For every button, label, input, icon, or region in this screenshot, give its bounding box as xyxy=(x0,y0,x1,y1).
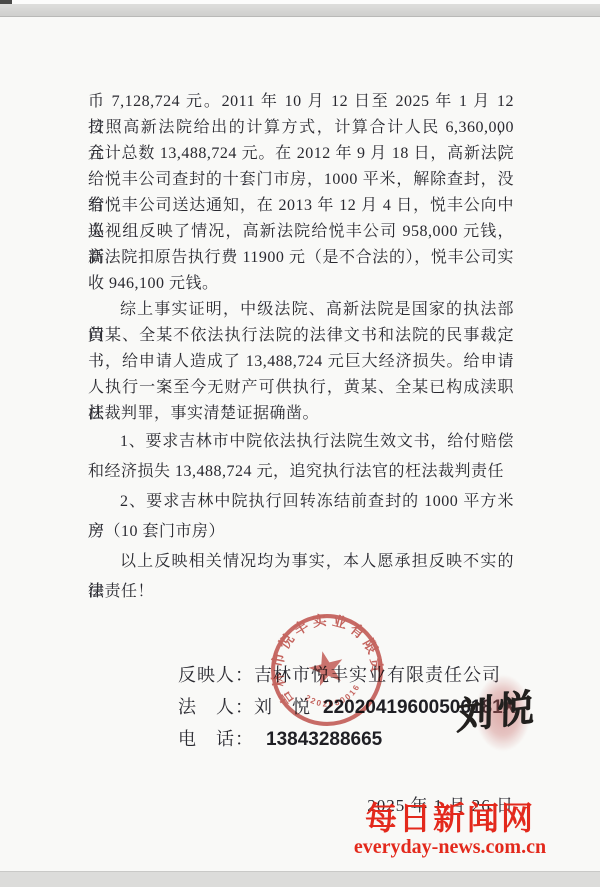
scanned-document: { "page": { "paper_color": "#f9f9f7", "s… xyxy=(0,0,600,887)
text-line: 人执行一案至今无财产可供执行，黄某、全某已构成渎职枉 xyxy=(88,375,514,401)
document-page: 币 7,128,724 元。2011 年 10 月 12 日至 2025 年 1… xyxy=(0,17,600,872)
text-line: 和经济损失 13,488,724 元，追究执行法官的枉法裁判责任 xyxy=(88,457,514,487)
text-line: 巡视组反映了情况，高新法院给悦丰公司 958,000 元钱，高 xyxy=(88,219,514,245)
text-line: 律责任！ xyxy=(88,577,514,607)
text-line: 法裁判罪，事实清楚证据确凿。 xyxy=(88,401,514,427)
seal-code-text: 2202030016 xyxy=(302,680,366,715)
svg-text:2202030016: 2202030016 xyxy=(302,680,366,715)
document-lines: 币 7,128,724 元。2011 年 10 月 12 日至 2025 年 1… xyxy=(88,89,514,607)
label-text: 电 话： xyxy=(178,729,254,749)
text-line: 新法院扣原告执行费 11900 元（是不合法的），悦丰公司实 xyxy=(88,245,514,271)
text-line: 产（10 套门市房） xyxy=(88,517,514,547)
text-line: 收 946,100 元钱。 xyxy=(88,271,514,297)
label-text: 法 人： xyxy=(178,697,254,717)
text-line: 1、要求吉林市中院依法执行法院生效文书，给付赔偿 xyxy=(88,427,514,457)
text-line: 按照高新法院给出的计算方式，计算合计人民 6,360,000 元， xyxy=(88,115,514,141)
scan-page-divider xyxy=(0,4,600,17)
text-line: 给悦丰公司查封的十套门市房，1000 平米，解除查封，没有 xyxy=(88,167,514,193)
seal-star-icon xyxy=(305,647,347,688)
news-site-name: 每日新闻网 xyxy=(330,802,570,834)
label-text: 反映人： xyxy=(178,665,254,685)
text-line: 给悦丰公司送达通知，在 2013 年 12 月 4 日，悦丰公向中央 xyxy=(88,193,514,219)
text-line: 黄某、全某不依法执行法院的法律文书和法院的民事裁定 xyxy=(88,323,514,349)
text-line: 综上事实证明，中级法院、高新法院是国家的执法部门， xyxy=(88,297,514,323)
text-line: 币 7,128,724 元。2011 年 10 月 12 日至 2025 年 1… xyxy=(88,89,514,115)
handwritten-signature: 刘悦 xyxy=(456,676,538,741)
text-line: 书，给申请人造成了 13,488,724 元巨大经济损失。给申请 xyxy=(88,349,514,375)
text-line: 合计总数 13,488,724 元。在 2012 年 9 月 18 日，高新法院 xyxy=(88,141,514,167)
news-site-watermark: 每日新闻网 everyday-news.com.cn xyxy=(330,802,570,857)
scan-edge-strip-bottom xyxy=(0,871,600,887)
news-site-url: everyday-news.com.cn xyxy=(330,837,570,857)
text-line: 以上反映相关情况均为事实，本人愿承担反映不实的法 xyxy=(88,547,514,577)
text-line: 2、要求吉林中院执行回转冻结前查封的 1000 平方米房 xyxy=(88,487,514,517)
